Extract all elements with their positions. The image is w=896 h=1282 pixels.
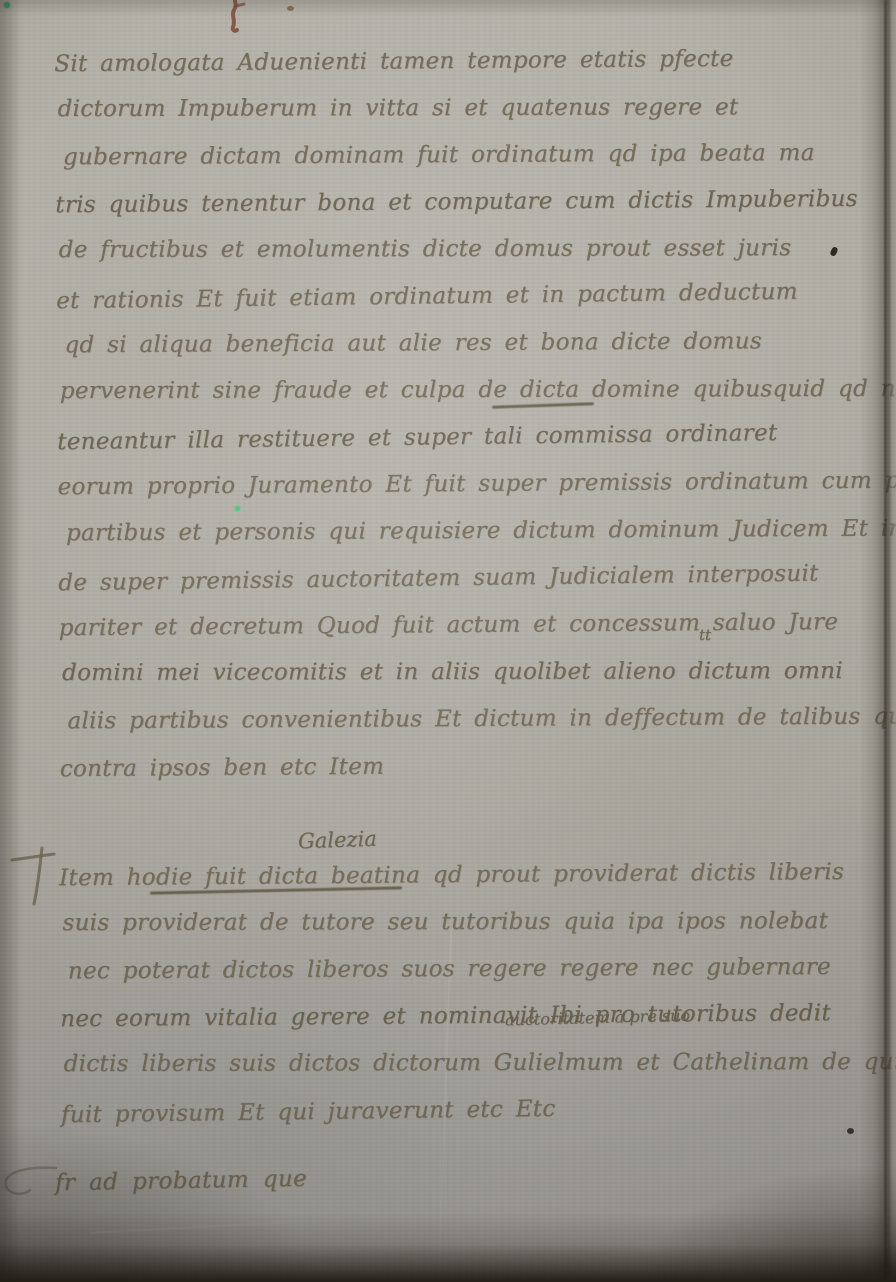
manuscript-text-line: dictorum Impuberum in vitta si et quaten… (58, 84, 878, 133)
margin-flourish (0, 1158, 60, 1222)
closing-note-line: fr ad probatum que (55, 1166, 308, 1196)
main-paragraph: Sit amologata Aduenienti tamen tempore e… (54, 35, 880, 793)
manuscript-text-line: de super premissis auctoritatem suam Jud… (58, 550, 879, 607)
page-edge-line (884, 0, 887, 1282)
ink-speck (847, 1128, 854, 1134)
manuscript-text-line: tris quibus tenentur bona et computare c… (55, 176, 875, 229)
manuscript-text-line: pervenerint sine fraude et culpa de dict… (60, 366, 880, 415)
red-ink-mark (222, 0, 256, 34)
manuscript-text-line: qd si aliqua beneficia aut alie res et b… (64, 318, 884, 370)
manuscript-text-line: fuit provisum Et qui juraverunt etc Etc (61, 1082, 882, 1139)
manuscript-text-line: domini mei vicecomitis et in aliis quoli… (62, 648, 882, 697)
manuscript-text-line: eorum proprio Juramento Et fuit super pr… (57, 458, 877, 511)
manuscript-text-line: partibus et personis qui requisiere dict… (66, 506, 886, 558)
margin-paragraph-mark (4, 846, 60, 906)
manuscript-text-line: pariter et decretum Quod fuit actum et c… (58, 599, 878, 652)
corner-shadow-bottom-right (636, 1162, 896, 1282)
green-scan-artifact (235, 506, 240, 511)
paper-crease (90, 1218, 350, 1234)
manuscript-text-line: de fructibus et emolumentis dicte domus … (59, 225, 879, 274)
manuscript-page: Sit amologata Aduenienti tamen tempore e… (0, 0, 896, 1282)
manuscript-text-line: contra ipsos ben etc Item (60, 740, 880, 793)
manuscript-text-line: et rationis Et fuit etiam ordinatum et i… (56, 268, 877, 325)
manuscript-text-line: Sit amologata Aduenienti tamen tempore e… (54, 35, 874, 88)
manuscript-text-line: dictis liberis suis dictos dictorum Guli… (63, 1039, 883, 1088)
manuscript-text-line: nec eorum vitalia gerere et nominavit Ib… (60, 990, 880, 1043)
second-paragraph: Item hodie fuit dicta beatina qd prout p… (59, 849, 881, 1137)
manuscript-text-line: aliis partibus convenientibus Et dictum … (67, 694, 887, 746)
manuscript-text-line: gubernare dictam dominam fuit ordinatum … (63, 130, 883, 182)
page-edge-shadow-left (0, 0, 22, 1282)
interlinear-addition-galezia: Galezia (298, 827, 378, 854)
page-edge-shadow-top (0, 0, 896, 16)
page-edge-shadow-bottom (0, 1212, 896, 1282)
manuscript-text-line: teneantur illa restituere et super tali … (57, 409, 878, 466)
red-ink-dot (287, 6, 294, 11)
superscript-correction-tt: tt (699, 626, 711, 644)
green-scan-artifact (4, 2, 10, 8)
manuscript-text-line: nec poterat dictos liberos suos regere r… (68, 944, 888, 996)
manuscript-text-line: suis providerat de tutore seu tutoribus … (62, 898, 882, 947)
manuscript-text-line: Item hodie fuit dicta beatina qd prout p… (59, 849, 879, 902)
